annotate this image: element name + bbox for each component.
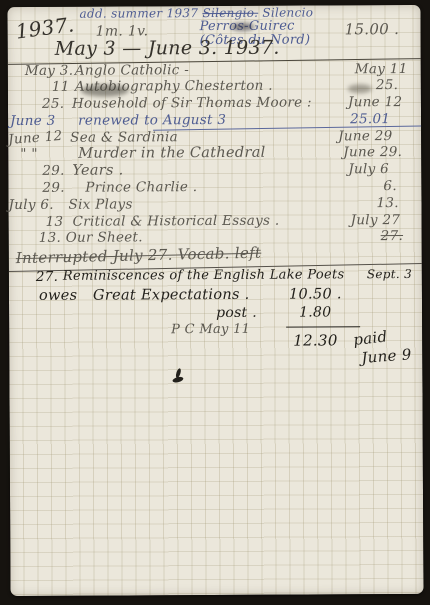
entry-date: 29. <box>42 163 64 179</box>
post-label: post . <box>216 305 257 321</box>
return-date: July 27 <box>351 212 401 228</box>
paid-label: paid <box>352 327 388 349</box>
entry-date: 13 <box>46 214 64 230</box>
entry-date: 13. <box>39 230 61 246</box>
annotation-prefix: add. summer 1937 <box>79 6 198 21</box>
photo-background: 1937. add. summer 1937 Silengio. Silenci… <box>0 0 430 605</box>
book-title: Years . <box>72 162 123 178</box>
return-date: June 29 <box>338 128 392 144</box>
entry-date: 25. <box>42 96 64 112</box>
owed-amount: 10.50 . <box>289 286 342 302</box>
renewal-note: renewed to August 3 <box>78 112 226 129</box>
book-title: Prince Charlie . <box>85 179 197 196</box>
entry-date: June 3 <box>10 113 56 129</box>
pc-note: P C May 11 <box>171 322 250 337</box>
ink-smudge <box>348 84 372 93</box>
entry-date: May 3. <box>25 63 74 79</box>
entry-row: 27. Reminiscences of the English Lake Po… <box>9 267 422 286</box>
total-amount: 12.30 <box>293 331 338 349</box>
return-date: 6. <box>383 178 397 194</box>
entry-row: July 6. Six Plays 13. <box>8 195 421 214</box>
entry-row: 29. Years . July 6 <box>8 161 421 180</box>
return-date: May 11 <box>355 61 408 77</box>
book-title: Murder in the Cathedral <box>78 145 265 162</box>
subscription-price: 15.00 . <box>345 20 400 38</box>
entry-date: 11 <box>52 79 70 95</box>
return-date: June 12 <box>348 94 402 110</box>
return-date: 13. <box>376 195 398 211</box>
amount: 25.01 <box>350 111 390 127</box>
ditto-marks: " " <box>20 146 38 162</box>
lending-card: 1937. add. summer 1937 Silengio. Silenci… <box>7 5 423 596</box>
owes-row: owes Great Expectations . 10.50 . <box>9 286 422 305</box>
book-title: Great Expectations . <box>93 287 250 304</box>
book-title: Reminiscences of the English Lake Poets <box>63 267 345 283</box>
return-date: 25. <box>376 77 398 93</box>
book-title: Household of Sir Thomas Moore : <box>72 94 312 111</box>
return-date: July 6 <box>348 161 389 177</box>
book-title: Sea & Sardinia <box>70 129 178 146</box>
return-date: June 29. <box>343 144 402 160</box>
paid-date: June 9 <box>361 345 413 367</box>
entry-date: 27. <box>36 269 58 285</box>
sum-line <box>286 326 360 327</box>
owes-label: owes <box>39 288 77 304</box>
book-title: Anglo Catholic - <box>75 62 189 79</box>
post-amount: 1.80 <box>299 304 331 320</box>
entry-date: 29. <box>42 180 64 196</box>
entry-row: 25. Household of Sir Thomas Moore : June… <box>8 94 421 113</box>
entry-row: " " Murder in the Cathedral June 29. <box>8 144 421 163</box>
entry-row: 29. Prince Charlie . 6. <box>8 178 421 197</box>
book-title: Six Plays <box>68 196 132 212</box>
ink-blot <box>172 368 186 390</box>
annotation-correction: Silencio <box>262 5 313 19</box>
return-date: Sept. 3 <box>367 267 412 281</box>
book-title: Critical & Historical Essays . <box>73 213 280 230</box>
entry-date: July 6. <box>8 197 53 213</box>
period-title: May 3 — June 3. 1937. <box>55 37 280 60</box>
interruption-note: Interrupted July 27. Vocab. left <box>16 244 262 268</box>
return-date: 27. <box>381 228 403 244</box>
postage-row: post . 1.80 <box>9 304 422 323</box>
book-title: Our Sheet. <box>66 229 143 245</box>
